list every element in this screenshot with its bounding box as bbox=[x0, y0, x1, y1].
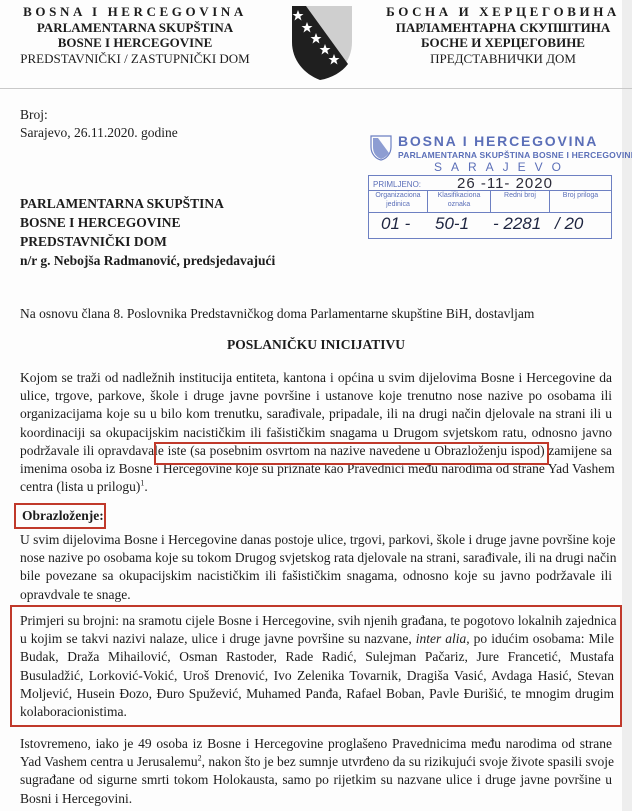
examples-line: Primjeri su brojni: na sramotu cijele Bo… bbox=[20, 612, 614, 630]
stamp-line bbox=[369, 212, 611, 213]
place-date: Sarajevo, 26.11.2020. godine bbox=[20, 125, 178, 141]
header-latin-line1: BOSNA I HERCEGOVINA bbox=[10, 4, 260, 20]
reasoning-line: bile povezane sa okupacijskim nacistički… bbox=[20, 567, 612, 585]
header-divider bbox=[0, 88, 632, 89]
initiative-paragraph: Kojom se traži od nadležnih institucija … bbox=[20, 369, 612, 496]
examples-line: kolaboracionistima. bbox=[20, 703, 614, 721]
stamp-grid: PRIMLJENO: 26 -11- 2020 Organizaciona je… bbox=[368, 175, 612, 239]
examples-italic: inter alia bbox=[416, 631, 467, 646]
reasoning-paragraph-1: U svim dijelovima Bosne i Hercegovine da… bbox=[20, 531, 612, 604]
stamp-col-class: Klasifikaciona oznaka bbox=[428, 191, 491, 212]
initiative-line: ulice, trgove, parkove, škole i druge ja… bbox=[20, 387, 612, 405]
recipient-line3: PREDSTAVNIČKI DOM bbox=[20, 234, 167, 250]
highlight-box-heading bbox=[14, 503, 106, 529]
initiative-line: centra (lista u prilogu)1. bbox=[20, 478, 612, 496]
stamp-value-class: 50-1 bbox=[435, 214, 469, 234]
reasoning-text: Yad Vashem centra u Jerusalemu bbox=[20, 754, 198, 769]
stamp-subtitle: PARLAMENTARNA SKUPŠTINA BOSNE I HERCEGOV… bbox=[398, 150, 632, 160]
recipient-line4: n/r g. Nebojša Radmanović, predsjedavaju… bbox=[20, 253, 275, 269]
header-latin-line4: PREDSTAVNIČKI / ZASTUPNIČKI DOM bbox=[10, 51, 260, 67]
initiative-text: . bbox=[144, 479, 147, 494]
scan-edge-shade bbox=[622, 0, 632, 811]
initiative-line: koordinaciji sa okupacijskim nacističkim… bbox=[20, 424, 612, 442]
examples-line: Busuladžić, Lorković-Vokić, Uroš Drenovi… bbox=[20, 667, 614, 685]
recipient-line1: PARLAMENTARNA SKUPŠTINA bbox=[20, 196, 224, 212]
examples-paragraph: Primjeri su brojni: na sramotu cijele Bo… bbox=[20, 612, 614, 721]
document-page: BOSNA I HERCEGOVINA PARLAMENTARNA SKUPŠT… bbox=[0, 0, 632, 811]
reasoning-text: , nakon što je bez sumnje utvrđeno da su… bbox=[202, 754, 614, 769]
examples-text: , po idućim osobama: Mile bbox=[466, 631, 614, 646]
header-cyrillic-line4: ПРЕДСТАВНИЧКИ ДОМ bbox=[378, 51, 628, 67]
header-cyrillic-line1: БОСНА И ХЕРЦЕГОВИНА bbox=[378, 4, 628, 20]
examples-line: Moljević, Husein Đozo, Đuro Spužević, Mu… bbox=[20, 685, 614, 703]
initiative-line: Kojom se traži od nadležnih institucija … bbox=[20, 369, 612, 387]
reasoning-line: Istovremeno, iako je 49 osoba iz Bosne i… bbox=[20, 735, 612, 753]
reasoning-line: nose nazive po osobama koje su tokom Dru… bbox=[20, 549, 612, 567]
header-latin-line3: BOSNE I HERCEGOVINE bbox=[10, 35, 260, 51]
stamp-col-serial: Redni broj bbox=[491, 191, 550, 212]
broj-label: Broj: bbox=[20, 107, 48, 123]
reasoning-paragraph-3: Istovremeno, iako je 49 osoba iz Bosne i… bbox=[20, 735, 612, 808]
header-latin: BOSNA I HERCEGOVINA PARLAMENTARNA SKUPŠT… bbox=[10, 4, 260, 66]
recipient-line2: BOSNE I HERCEGOVINE bbox=[20, 215, 181, 231]
reasoning-line: Bosni i Hercegovini. bbox=[20, 790, 612, 808]
highlight-box-phrase bbox=[154, 442, 549, 465]
examples-line: Budak, Draža Mihailović, Osman Rastoder,… bbox=[20, 648, 614, 666]
stamp-value-attachments: / 20 bbox=[555, 214, 583, 234]
initiative-text: zamijene sa bbox=[548, 443, 612, 458]
stamp-crest-icon bbox=[370, 135, 392, 161]
stamp-title: BOSNA I HERCEGOVINA bbox=[398, 133, 598, 149]
initiative-text: centra (lista u prilogu) bbox=[20, 479, 140, 494]
header-latin-line2: PARLAMENTARNA SKUPŠTINA bbox=[10, 20, 260, 36]
stamp-value-org: 01 - bbox=[381, 214, 410, 234]
stamp-city: SARAJEVO bbox=[434, 160, 570, 174]
intro-text: Na osnovu člana 8. Poslovnika Predstavni… bbox=[20, 306, 534, 322]
initiative-line: organizacijama koje su u bilo kom trenut… bbox=[20, 405, 612, 423]
header-cyrillic-line2: ПАРЛАМЕНТАРНА СКУПШТИНА bbox=[378, 20, 628, 36]
stamp-col-org: Organizaciona jedinica bbox=[369, 191, 428, 212]
bih-coat-of-arms-icon bbox=[286, 2, 358, 82]
header-cyrillic: БОСНА И ХЕРЦЕГОВИНА ПАРЛАМЕНТАРНА СКУПШТ… bbox=[378, 4, 628, 66]
stamp-value-serial: - 2281 bbox=[493, 214, 541, 234]
header-cyrillic-line3: БОСНЕ И ХЕРЦЕГОВИНЕ bbox=[378, 35, 628, 51]
reasoning-line: Yad Vashem centra u Jerusalemu2, nakon š… bbox=[20, 753, 612, 771]
stamp-col-attachments: Broj priloga bbox=[550, 191, 611, 212]
examples-text: u kojim se takvi nazivi nalaze, ulice i … bbox=[20, 631, 412, 646]
document-title: POSLANIČKU INICIJATIVU bbox=[0, 337, 632, 353]
reasoning-line: U svim dijelovima Bosne i Hercegovine da… bbox=[20, 531, 612, 549]
reasoning-line: opravdvale te snage. bbox=[20, 586, 612, 604]
reasoning-line: sugrađane od sigurne smrti tokom Holokau… bbox=[20, 771, 612, 789]
stamp-received-label: PRIMLJENO: bbox=[373, 180, 421, 189]
examples-line: u kojim se takvi nazivi nalaze, ulice i … bbox=[20, 630, 614, 648]
